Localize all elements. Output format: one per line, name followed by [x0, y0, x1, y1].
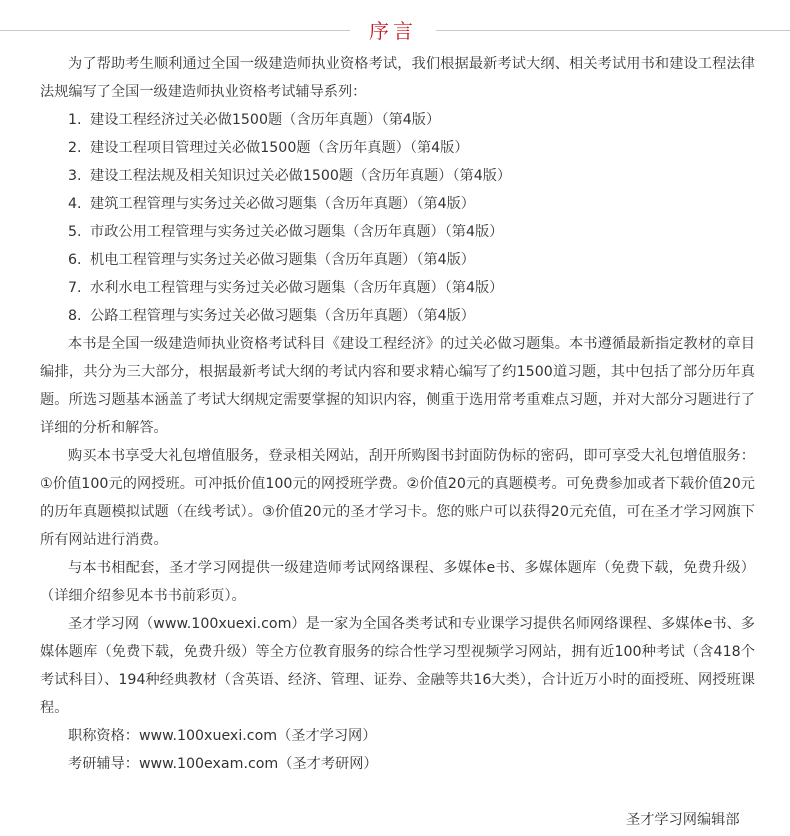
preface-header: 序言	[0, 18, 790, 44]
series-item-number: 1.	[68, 106, 90, 134]
series-item: 6.机电工程管理与实务过关必做习题集（含历年真题）（第4版）	[40, 246, 755, 274]
about-book-paragraph: 本书是全国一级建造师执业资格考试科目《建设工程经济》的过关必做习题集。本书遵循最…	[40, 330, 755, 442]
series-item: 4.建筑工程管理与实务过关必做习题集（含历年真题）（第4版）	[40, 190, 755, 218]
contact-site-name: （圣才学习网）	[277, 728, 376, 744]
contact-line: 职称资格：www.100xuexi.com（圣才学习网）	[40, 722, 755, 750]
contact-label: 考研辅导：	[68, 756, 139, 772]
series-item-number: 4.	[68, 190, 90, 218]
header-divider-right	[436, 30, 790, 31]
contact-site-name: （圣才考研网）	[278, 756, 377, 772]
series-item-number: 8.	[68, 302, 90, 330]
contact-label: 职称资格：	[68, 728, 139, 744]
series-item-number: 2.	[68, 134, 90, 162]
series-item-title: 机电工程管理与实务过关必做习题集（含历年真题）（第4版）	[90, 252, 475, 268]
series-item-title: 建设工程法规及相关知识过关必做1500题（含历年真题）（第4版）	[90, 168, 511, 184]
series-item-number: 7.	[68, 274, 90, 302]
series-item: 7.水利水电工程管理与实务过关必做习题集（含历年真题）（第4版）	[40, 274, 755, 302]
site-intro-paragraph: 圣才学习网（www.100xuexi.com）是一家为全国各类考试和专业课学习提…	[40, 610, 755, 722]
signature: 圣才学习网编辑部	[626, 806, 740, 834]
series-item: 2.建设工程项目管理过关必做1500题（含历年真题）（第4版）	[40, 134, 755, 162]
contact-line: 考研辅导：www.100exam.com（圣才考研网）	[40, 750, 755, 778]
series-item-title: 建设工程项目管理过关必做1500题（含历年真题）（第4版）	[90, 140, 469, 156]
series-item-number: 3.	[68, 162, 90, 190]
companion-paragraph: 与本书相配套，圣才学习网提供一级建造师考试网络课程、多媒体e书、多媒体题库（免费…	[40, 554, 755, 610]
contact-url[interactable]: www.100xuexi.com	[139, 728, 277, 744]
preface-body: 为了帮助考生顺利通过全国一级建造师执业资格考试，我们根据最新考试大纲、相关考试用…	[40, 50, 755, 778]
header-divider-left	[0, 30, 350, 31]
series-item: 5.市政公用工程管理与实务过关必做习题集（含历年真题）（第4版）	[40, 218, 755, 246]
intro-paragraph: 为了帮助考生顺利通过全国一级建造师执业资格考试，我们根据最新考试大纲、相关考试用…	[40, 50, 755, 106]
series-item: 1.建设工程经济过关必做1500题（含历年真题）（第4版）	[40, 106, 755, 134]
series-list: 1.建设工程经济过关必做1500题（含历年真题）（第4版） 2.建设工程项目管理…	[40, 106, 755, 330]
series-item-number: 6.	[68, 246, 90, 274]
series-item-title: 建设工程经济过关必做1500题（含历年真题）（第4版）	[90, 112, 440, 128]
series-item-number: 5.	[68, 218, 90, 246]
series-item-title: 水利水电工程管理与实务过关必做习题集（含历年真题）（第4版）	[90, 280, 503, 296]
series-item-title: 建筑工程管理与实务过关必做习题集（含历年真题）（第4版）	[90, 196, 475, 212]
gift-paragraph: 购买本书享受大礼包增值服务，登录相关网站，刮开所购图书封面防伪标的密码，即可享受…	[40, 442, 755, 554]
page-title: 序言	[350, 18, 436, 44]
series-item: 8.公路工程管理与实务过关必做习题集（含历年真题）（第4版）	[40, 302, 755, 330]
contact-url[interactable]: www.100exam.com	[139, 756, 278, 772]
series-item-title: 市政公用工程管理与实务过关必做习题集（含历年真题）（第4版）	[90, 224, 503, 240]
series-item: 3.建设工程法规及相关知识过关必做1500题（含历年真题）（第4版）	[40, 162, 755, 190]
series-item-title: 公路工程管理与实务过关必做习题集（含历年真题）（第4版）	[90, 308, 475, 324]
